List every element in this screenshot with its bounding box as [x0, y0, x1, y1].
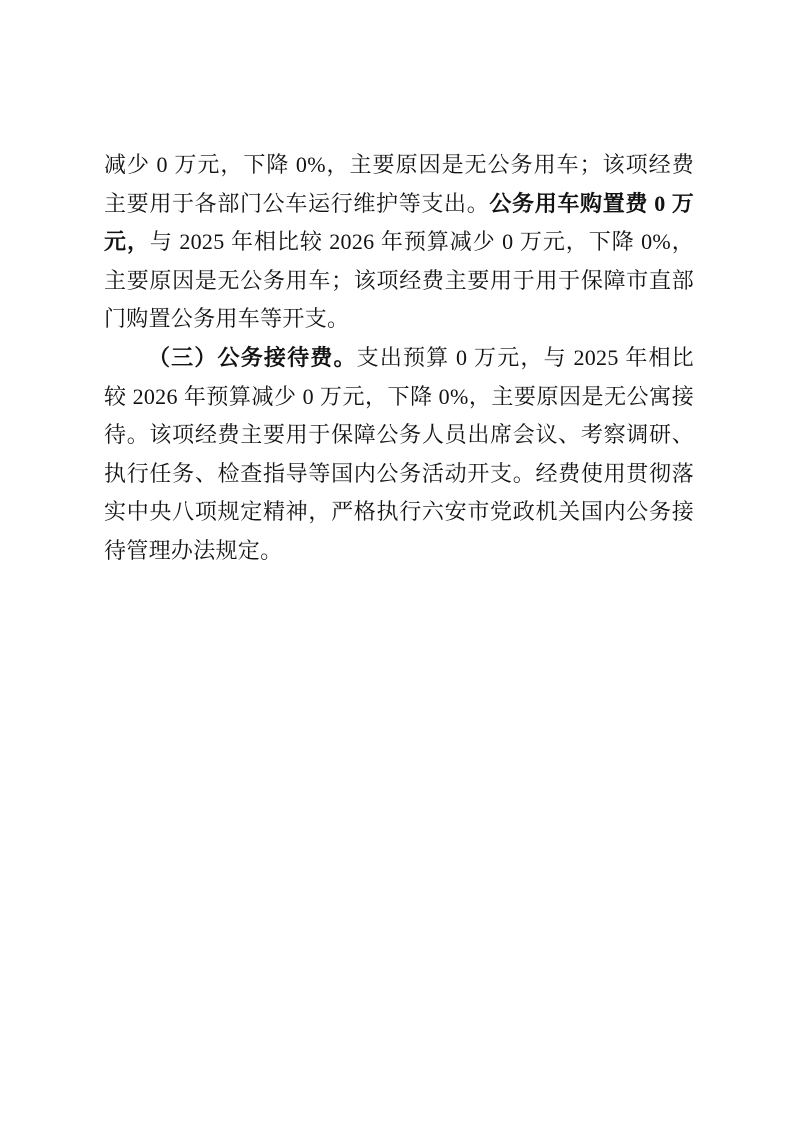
text-run-bold: （三）公务接待费。 — [148, 345, 357, 370]
text-run: 与 2025 年相比较 2026 年预算减少 0 万元，下降 0%，主要原因是无… — [104, 229, 694, 331]
paragraph: 减少 0 万元，下降 0%，主要原因是无公务用车；该项经费主要用于各部门公车运行… — [104, 146, 694, 339]
document-page: 减少 0 万元，下降 0%，主要原因是无公务用车；该项经费主要用于各部门公车运行… — [0, 0, 793, 1122]
document-body: 减少 0 万元，下降 0%，主要原因是无公务用车；该项经费主要用于各部门公车运行… — [104, 146, 694, 571]
text-run: 支出预算 0 万元，与 2025 年相比较 2026 年预算减少 0 万元，下降… — [104, 345, 694, 563]
paragraph: （三）公务接待费。支出预算 0 万元，与 2025 年相比较 2026 年预算减… — [104, 339, 694, 571]
